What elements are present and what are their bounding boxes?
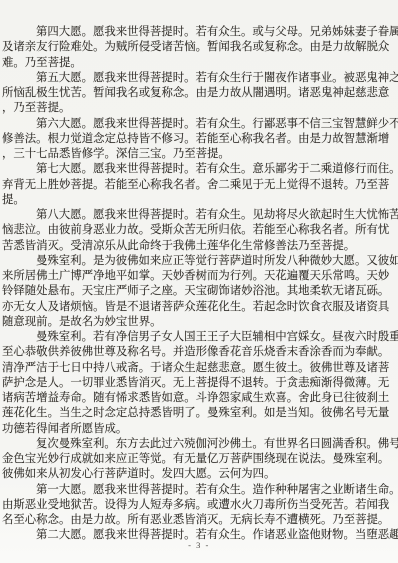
text-line: ，三十七品悉皆修学。深信三宝。乃至菩提。 [2,147,398,162]
text-line: 第八大愿。愿我来世得菩提时。若有众生。见劫将尽火欲起时生大忧怖苦 [2,208,398,223]
text-line: 曼殊室利。是为彼佛如来应正等觉行菩萨道时所发八种微妙大愿。又彼如 [2,254,398,269]
text-line: 第五大愿。愿我来世得菩提时。若有众生行于闇夜作诸事业。被恶鬼神之 [2,71,398,86]
text-line: 至心恭敬供养彼佛世尊及称名号。并造形像香花音乐烧香末香涂香而为奉献。 [2,345,398,360]
text-line: 难。乃至菩提。 [2,56,398,71]
text-line: 恼悲泣。由彼前身恶业力故。受斯众苦无所归依。若能至心称我名者。所有忧 [2,223,398,238]
text-line: 铃铎随处悬布。天宝庄严师子之座。天宝砌饰诸妙浴池。其地柔软无诸瓦砾。 [2,284,398,299]
text-line: 莲花化生。当生之时念定总持悉皆明了。曼殊室利。如是当知。彼佛名号无量 [2,406,398,421]
text-line: 修善法。根力觉道念定总持皆不修习。若能至心称我名者。由是力故智慧渐增 [2,132,398,147]
text-line: 功德若得闻者所愿皆成。 [2,422,398,437]
text-line: 复次曼殊室利。东方去此过六殑伽河沙佛土。有世界名曰圆满香积。佛号 [2,437,398,452]
text-line: 第七大愿。愿我来世得菩提时。若有众生。意乐鄙劣于二乘道修行而住。 [2,162,398,177]
text-line: 第一大愿。愿我来世得菩提时。若有众生。造作种种屠害之业断诸生命。 [2,483,398,498]
text-line: ，乃至菩提。 [2,101,398,116]
text-line: 由斯恶业受地狱苦。设得为人短寿多病。或遭水火刀毒所伤当受死苦。若闻我 [2,498,398,513]
text-line: 亦无女人及诸烦恼。皆是不退诸菩萨众莲花化生。若起念时饮食衣服及诸资具 [2,300,398,315]
text-line: 第六大愿。愿我来世得菩提时。若有众生。行鄙恶事不信三宝智慧鲜少不 [2,117,398,132]
text-line: 所恼乱极生忧苦。暂闻我名或复称念。由是力故从闇遇明。诸恶鬼神起慈悲意 [2,86,398,101]
text-line: 第四大愿。愿我来世得菩提时。若有众生。或与父母。兄弟姊妹妻子眷属 [2,25,398,40]
text-line: 苦悉皆消灭。受清凉乐从此命终于我佛土莲华化生常修善法乃至菩提。 [2,239,398,254]
text-line: 提。 [2,193,398,208]
text-line: 诸病苦增益寿命。随有悕求悉皆如意。斗诤怨家咸生欢喜。舍此身已往彼刹土 [2,391,398,406]
text-line: 清净严洁于七日中持八戒斋。于诸众生起慈悲意。愿生彼土。彼佛世尊及诸菩 [2,361,398,376]
sutra-text-block: 第四大愿。愿我来世得菩提时。若有众生。或与父母。兄弟姊妹妻子眷属及诸亲友行险难处… [2,25,398,544]
text-line: 弃背无上胜妙菩提。若能至心称我名者。舍二乘见于无上觉得不退转。乃至菩 [2,178,398,193]
text-line: 来所居佛土广博严净地平如掌。天妙香树而为行列。天花遍覆天乐常鸣。天妙 [2,269,398,284]
document-page: 第四大愿。愿我来世得菩提时。若有众生。或与父母。兄弟姊妹妻子眷属及诸亲友行险难处… [0,0,398,563]
text-line: 名至心称念。由是力故。所有恶业悉皆消灭。无病长寿不遭横死。乃至菩提。 [2,513,398,528]
text-line: 彼佛如来从初发心行菩萨道时。发四大愿。云何为四。 [2,467,398,482]
text-line: 金色宝光妙行成就如来应正等觉。有无量亿万菩萨围绕现在说法。曼殊室利。 [2,452,398,467]
text-line: 随意现前。是故名为妙宝世界。 [2,315,398,330]
text-line: 曼殊室利。若有净信男子女人国王王子大臣辅相中宫婇女。昼夜六时殷重 [2,330,398,345]
page-number: - 3 - [0,540,398,550]
text-line: 萨护念是人。一切罪业悉皆消灭。无上菩提得不退转。于贪恚痴渐得微薄。无 [2,376,398,391]
text-line: 及诸亲友行险难处。为贼所侵受诸苦恼。暂闻我名或复称念。由是力故解脱众 [2,40,398,55]
